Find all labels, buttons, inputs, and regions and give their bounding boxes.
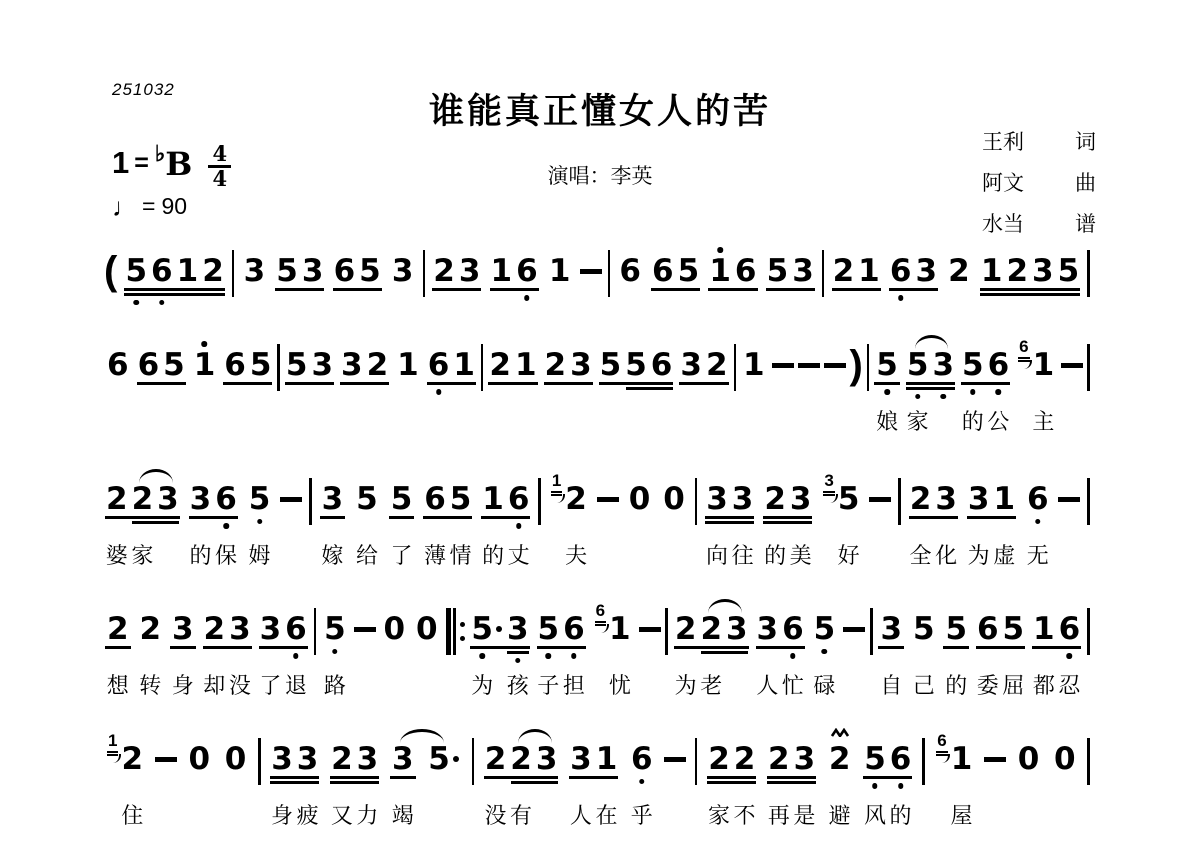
grace-slur [600,624,609,633]
note: 3 [788,482,814,516]
lyric-char: 忙 [782,669,804,700]
note-digit: 2 [367,348,389,382]
close-paren: ) [850,345,863,385]
note-digit: 1 [609,612,631,646]
note: 3 [355,742,381,776]
underline [320,516,346,519]
note-digit: 3 [157,482,179,516]
note-digit: 2 [565,482,587,516]
note-digit: 2 [489,348,511,382]
note: 12 [548,482,590,516]
grace-digit: 3 [823,472,834,490]
note: 5 [862,742,888,776]
note: 2 [202,612,228,646]
note-digit: 3 [357,742,379,776]
beam-group: 32 [339,348,390,382]
lyric-char: 疲 [297,799,319,830]
octave-dot-low [524,295,530,301]
note: 1 [489,254,515,288]
note-digit: 3 [507,612,529,646]
underline [270,776,319,779]
note-digit: 1 [549,254,571,288]
beam-group: 65 [136,348,187,382]
note-digit: 6 [988,348,1010,382]
note: 2 [762,482,788,516]
note: 3 [155,482,181,516]
note-digit: 2 [708,742,730,776]
augmentation-dot [496,626,502,632]
beam-group: 223 [673,612,750,646]
beam-group: 65 [332,254,383,288]
underline [470,646,529,649]
note-digit: 1 [993,482,1015,516]
repeat-dots [460,622,465,641]
note-digit: 3 [880,612,902,646]
underline [105,646,131,649]
lyric-char: 嫁 [321,539,343,570]
note: 2 [766,742,792,776]
note-digit: 3 [732,482,754,516]
note-digit: 3 [935,482,957,516]
note-digit: 2 [202,254,224,288]
underline [223,382,272,385]
octave-dot-low [515,658,521,664]
tie-arc [400,729,444,743]
beam-group: 23 [762,482,813,516]
octave-dot-low [1035,519,1041,525]
note-digit: 0 [1054,742,1076,776]
note-digit: 3 [792,254,814,288]
note: 3 [269,742,295,776]
note: 2 [487,348,513,382]
underline [569,776,618,779]
barline [277,344,280,391]
note: 3 [258,612,284,646]
underline [976,646,1025,649]
note-digit: 1 [177,254,199,288]
note-digit: 1 [515,348,537,382]
note: 2 [329,742,355,776]
note-digit: 3 [172,612,194,646]
note-digit: 1 [453,348,475,382]
note: 3 [790,254,816,288]
note: 3 [188,482,214,516]
underline [1032,646,1081,649]
underline [285,382,334,385]
lyric-char: 自 [880,669,902,700]
lyric-char: 力 [356,799,378,830]
underline [132,521,179,524]
lyric-char: 转 [139,669,161,700]
lyric-char: 的 [945,669,967,700]
underline [980,288,1080,291]
underline [105,516,180,519]
note: 2 [1004,254,1030,288]
grace-digit: 1 [107,732,118,750]
duration-dash [772,363,794,368]
note-digit: 3 [392,254,414,288]
beam-group: 33 [704,482,755,516]
note: 5 [1056,254,1082,288]
duration-dash [664,757,686,762]
note-digit: 2 [764,482,786,516]
beam-group: 65 [222,348,273,382]
barline [1087,478,1090,525]
note: 5 [536,612,562,646]
note-digit: 2 [204,612,226,646]
note-digit: 5 [359,254,381,288]
note-digit: 6 [151,254,173,288]
note: 3 [295,742,321,776]
lyric-char: 家 [708,799,730,830]
note-digit: 6 [224,348,246,382]
note: 5 [123,254,149,288]
repeat-dot [460,622,465,627]
lyric-char: 忍 [1058,669,1080,700]
lyric-char: 主 [1032,405,1054,436]
lyric-char: 美 [790,539,812,570]
note: 6 [650,254,676,288]
note: 1 [394,348,422,382]
note: 5 [623,348,649,382]
note: 5 [960,348,986,382]
duration-dash [155,757,177,762]
note-digit: 3 [706,482,728,516]
underline [878,646,904,649]
note-digit: 5 [678,254,700,288]
barline [1087,738,1090,785]
octave-dot-low [884,389,890,395]
note: 1 [991,482,1017,516]
lyric-char: 的 [482,539,504,570]
note-digit: 1 [709,254,731,288]
note: 3 [457,254,483,288]
underline [203,646,252,649]
lyric-char: 的 [764,539,786,570]
notation-system-5: 120033233522331622232566100住身疲又力竭没有人在乎家不… [104,742,1090,850]
lyric-char: 为 [471,669,493,700]
grace-note: 3 [823,472,834,490]
grace-slur [556,494,565,503]
lyric-char: 乎 [631,799,653,830]
note: 3 [300,254,326,288]
note: 3 [966,482,992,516]
note: 3 [1030,254,1056,288]
note: 1 [979,254,1005,288]
grace-slur [112,754,121,763]
note-digit: 3 [680,348,702,382]
note: 1 [740,348,768,382]
note-digit: 5 [913,612,935,646]
grace-note: 6 [936,732,947,750]
note: 61 [933,742,975,776]
note-digit: 5 [538,612,560,646]
tie-arc [708,599,742,613]
rest-zero: 0 [1051,742,1079,776]
note-digit: 2 [768,742,790,776]
note: 3 [241,254,269,288]
note-digit: 2 [829,742,851,776]
note-digit: 3 [229,612,251,646]
note-digit: 5 [428,742,450,776]
notes-row: (5612353653231616651653216321235 [104,254,1090,297]
notation-system-4: 22323365005356612233653556516想转身却没了退路为孩子… [104,612,1090,724]
note-digit: 2 [545,348,567,382]
note-digit: 2 [1006,254,1028,288]
duration-dash [843,627,865,632]
octave-dot-low [639,779,645,785]
note-digit: 1 [858,254,880,288]
note: 5 [321,612,349,646]
octave-dot-low [516,523,522,529]
score-area: (561235365323161665165321632123566516553… [0,0,1200,850]
note: 2 [200,254,226,288]
note: 6 [136,348,162,382]
repeat-start-barline [446,608,465,655]
note-digit: 5 [163,348,185,382]
note-digit: 1 [596,742,618,776]
barline [258,738,261,785]
note-digit: 5 [471,612,493,646]
underline [333,288,382,291]
note: 6 [213,482,239,516]
note-digit: 5 [767,254,789,288]
note-digit: 1 [194,348,216,382]
lyric-char: 人 [756,669,778,700]
beam-group: 53 [274,254,325,288]
note-digit: 3 [260,612,282,646]
note: 2 [104,482,130,516]
lyric-char: 为 [675,669,697,700]
underline [330,776,379,779]
note: 2 [704,348,730,382]
lyric-char: 风 [864,799,886,830]
note-digit: 5 [391,482,413,516]
note-digit: 6 [890,254,912,288]
grace-digit: 1 [551,472,562,490]
lyric-char: 路 [324,669,346,700]
note: 5 [598,348,624,382]
lyric-char: 忧 [609,669,631,700]
lyric-char: 竭 [392,799,414,830]
note: 6 [332,254,358,288]
lyric-char: 担 [563,669,585,700]
duration-dash [1058,497,1080,502]
note: 6 [888,742,914,776]
note-digit: 5 [876,348,898,382]
note-digit: 2 [140,612,162,646]
beam-group: 31 [966,482,1017,516]
note: 6 [104,348,132,382]
note-digit: 5 [864,742,886,776]
underline [943,646,969,649]
lyric-char: 化 [935,539,957,570]
beam-group: 223 [483,742,560,776]
note-digit: 1 [743,348,765,382]
note-digit: 5 [962,348,984,382]
octave-dot-low [159,300,165,306]
note-digit: 0 [1018,742,1040,776]
lyric-char: 公 [987,405,1009,436]
note-digit: 5 [249,482,271,516]
lyric-char: 己 [913,669,935,700]
barline [1087,344,1090,391]
lyric-char: 子 [537,669,559,700]
lyric-char: 有 [510,799,532,830]
rest-zero: 0 [185,742,213,776]
note: 1 [175,254,201,288]
lyric-char: 好 [838,539,860,570]
note-digit: 3 [322,482,344,516]
underline [551,491,562,493]
tie-arc [518,729,552,743]
note: 1 [1031,612,1057,646]
note-digit: 3 [757,612,779,646]
underline [626,387,673,390]
note: 6 [1057,612,1083,646]
note-digit: 5 [250,348,272,382]
note-digit: 5 [1003,612,1025,646]
note: 1 [451,348,477,382]
octave-dot-low [915,394,921,400]
underline [389,516,415,519]
note-digit: 6 [215,482,237,516]
grace-note: 1 [107,732,118,750]
note: 5 [357,254,383,288]
note-digit: 1 [482,482,504,516]
barline [695,478,698,525]
beam-group: 65 [422,482,473,516]
underline [488,382,537,385]
octave-dot-low [223,523,229,529]
underline [137,382,186,385]
lyric-char: 是 [793,799,815,830]
barline [1087,250,1090,297]
note-digit: 6 [977,612,999,646]
note-digit: 6 [1027,482,1049,516]
duration-dash [580,269,602,274]
beam-group: 223 [104,482,181,516]
note-digit: 6 [334,254,356,288]
underline [270,781,319,784]
note: 6 [780,612,806,646]
lyric-char: 的 [890,799,912,830]
beam-group: 23 [543,348,594,382]
note-digit: 0 [629,482,651,516]
grace-slur [1023,360,1032,369]
note: 6 [514,254,540,288]
underline [705,521,754,524]
note-digit: 2 [706,348,728,382]
note-digit: 0 [188,742,210,776]
note-digit: 5 [324,612,346,646]
lyric-char: 为 [968,539,990,570]
lyric-char: 婆 [106,539,128,570]
beam-group: 63 [888,254,939,288]
note-digit: 3 [341,348,363,382]
note: 1 [707,254,733,288]
lyric-char: 家 [131,539,153,570]
note-digit: 2 [485,742,507,776]
beam-group: 16 [707,254,758,288]
lyric-char: 避 [829,799,851,830]
note-digit: 1 [397,348,419,382]
beam-group: 23 [202,612,253,646]
lyric-char: 丈 [508,539,530,570]
duration-dash [597,497,619,502]
note-digit: 6 [652,254,674,288]
underline [170,646,196,649]
note-digit: 3 [311,348,333,382]
open-paren: ( [104,251,117,291]
note: 3 [930,348,956,382]
note-digit: 5 [450,482,472,516]
lyric-char: 夫 [565,539,587,570]
lyric-char: 给 [356,539,378,570]
note-digit: 5 [276,254,298,288]
underline [832,288,881,291]
note-digit: 3 [794,742,816,776]
note-digit: 6 [107,348,129,382]
grace-note: 6 [1018,338,1029,356]
underline [484,776,559,779]
note: 6 [561,612,587,646]
note: 3 [309,348,335,382]
note-digit: 5 [945,612,967,646]
duration-dash [798,363,820,368]
note: 5 [676,254,702,288]
note: 1 [856,254,882,288]
note: 6 [283,612,309,646]
beam-group: 65 [975,612,1026,646]
note-digit: 2 [675,612,697,646]
note-digit: 3 [536,742,558,776]
underline [674,646,749,649]
octave-dot-low [332,649,338,655]
note-digit: 6 [782,612,804,646]
lyric-char: 孩 [507,669,529,700]
beam-group: 32 [678,348,729,382]
barline [608,250,611,297]
underline [707,776,756,779]
underline [763,521,812,524]
beam-group: 36 [188,482,239,516]
underline [763,516,812,519]
rest-zero: 0 [660,482,688,516]
underline [874,382,900,385]
beam-group: 5612 [123,254,225,288]
note: 3 [678,348,704,382]
lyric-char: 住 [121,799,143,830]
lyric-char: 没 [229,669,251,700]
note: 2 [945,254,973,288]
note-digit: 2 [132,482,154,516]
rest-zero: 0 [1015,742,1043,776]
underline [767,781,816,784]
note: 1 [546,254,574,288]
note-digit: 6 [138,348,160,382]
note-digit: 2 [700,612,722,646]
underline [124,293,224,296]
note-digit: 3 [271,742,293,776]
beam-group: 65 [650,254,701,288]
note: 5 [765,254,791,288]
note-digit: 3 [302,254,324,288]
note-digit: 6 [735,254,757,288]
thick-bar [446,608,451,655]
underline [766,288,815,291]
underline [259,646,308,649]
